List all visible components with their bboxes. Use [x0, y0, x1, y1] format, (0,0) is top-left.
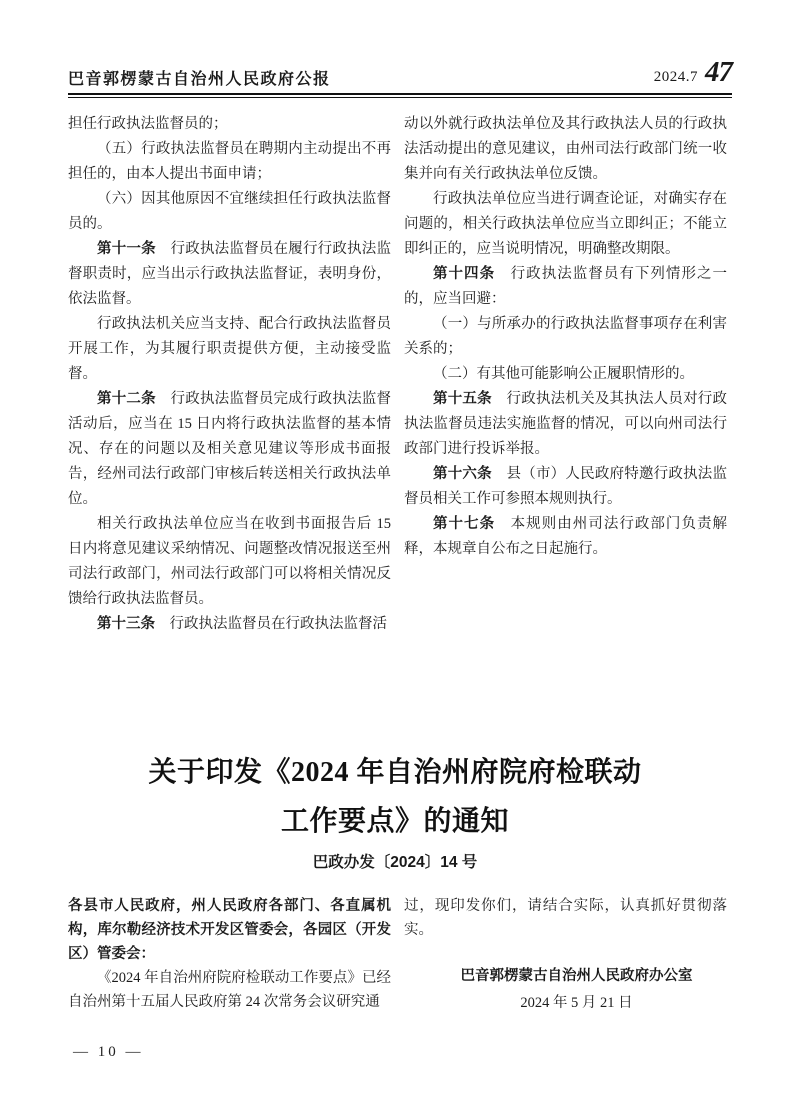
paragraph: （六）因其他原因不宜继续担任行政执法监督员的。	[68, 187, 391, 237]
page-header: 巴音郭楞蒙古自治州人民政府公报 2024.7 47	[68, 56, 732, 89]
regulation-section: 担任行政执法监督员的；（五）行政执法监督员在聘期内主动提出不再担任的，由本人提出…	[68, 112, 727, 637]
paragraph: 行政执法机关应当支持、配合行政执法监督员开展工作，为其履行职责提供方便，主动接受…	[68, 312, 391, 387]
paragraph: 第十三条 行政执法监督员在行政执法监督活	[68, 612, 391, 637]
article-number: 第十二条	[97, 391, 156, 407]
gazette-page: 巴音郭楞蒙古自治州人民政府公报 2024.7 47 担任行政执法监督员的；（五）…	[0, 0, 790, 1118]
paragraph: 《2024 年自治州府院府检联动工作要点》已经自治州第十五届人民政府第 24 次…	[68, 966, 391, 1014]
signature-date: 2024 年 5 月 21 日	[426, 989, 727, 1017]
issue-date: 2024.7	[654, 69, 698, 86]
paragraph: （一）与所承办的行政执法监督事项存在利害关系的；	[404, 312, 727, 362]
paragraph: 第十四条 行政执法监督员有下列情形之一的，应当回避：	[404, 262, 727, 312]
divider-thick-line	[68, 93, 732, 95]
notice-left-column: 各县市人民政府，州人民政府各部门、各直属机构，库尔勒经济技术开发区管委会，各园区…	[68, 894, 391, 1017]
signature-block: 巴音郭楞蒙古自治州人民政府办公室 2024 年 5 月 21 日	[404, 963, 727, 1017]
paragraph: 第十一条 行政执法监督员在履行行政执法监督职责时，应当出示行政执法监督证，表明身…	[68, 237, 391, 312]
notice-right-column: 过，现印发你们，请结合实际，认真抓好贯彻落实。 巴音郭楞蒙古自治州人民政府办公室…	[404, 894, 727, 1017]
issue-number: 47	[705, 56, 732, 89]
paragraph: 各县市人民政府，州人民政府各部门、各直属机构，库尔勒经济技术开发区管委会，各园区…	[68, 894, 391, 966]
publication-title: 巴音郭楞蒙古自治州人民政府公报	[68, 66, 331, 89]
signature-office: 巴音郭楞蒙古自治州人民政府办公室	[426, 963, 727, 989]
notice-title: 关于印发《2024 年自治州府院府检联动 工作要点》的通知	[0, 748, 790, 846]
article-number: 第十五条	[433, 391, 492, 407]
paragraph: （五）行政执法监督员在聘期内主动提出不再担任的，由本人提出书面申请；	[68, 137, 391, 187]
notice-right-paragraphs: 过，现印发你们，请结合实际，认真抓好贯彻落实。	[404, 894, 727, 942]
document-number: 巴政办发〔2024〕14 号	[0, 850, 790, 872]
divider-thin-line	[68, 97, 732, 98]
paragraph: 担任行政执法监督员的；	[68, 112, 391, 137]
notice-body-section: 各县市人民政府，州人民政府各部门、各直属机构，库尔勒经济技术开发区管委会，各园区…	[68, 894, 727, 1017]
paragraph: 过，现印发你们，请结合实际，认真抓好贯彻落实。	[404, 894, 727, 942]
paragraph: 相关行政执法单位应当在收到书面报告后 15 日内将意见建议采纳情况、问题整改情况…	[68, 512, 391, 612]
article-number: 第十六条	[433, 466, 492, 482]
paragraph: （二）有其他可能影响公正履职情形的。	[404, 362, 727, 387]
notice-title-line2: 工作要点》的通知	[0, 797, 790, 846]
page-number: — 10 —	[73, 1044, 144, 1061]
regulation-right-column: 动以外就行政执法单位及其行政执法人员的行政执法活动提出的意见建议，由州司法行政部…	[404, 112, 727, 637]
article-number: 第十三条	[97, 616, 155, 632]
issue-info: 2024.7 47	[654, 56, 732, 89]
paragraph: 第十五条 行政执法机关及其执法人员对行政执法监督员违法实施监督的情况，可以向州司…	[404, 387, 727, 462]
notice-title-line1: 关于印发《2024 年自治州府院府检联动	[0, 748, 790, 797]
article-number: 第十四条	[433, 266, 495, 282]
paragraph: 第十六条 县（市）人民政府特邀行政执法监督员相关工作可参照本规则执行。	[404, 462, 727, 512]
article-number: 第十七条	[433, 516, 495, 532]
paragraph: 行政执法单位应当进行调查论证，对确实存在问题的，相关行政执法单位应当立即纠正；不…	[404, 187, 727, 262]
paragraph: 第十七条 本规则由州司法行政部门负责解释，本规章自公布之日起施行。	[404, 512, 727, 562]
header-divider	[68, 93, 732, 98]
regulation-left-column: 担任行政执法监督员的；（五）行政执法监督员在聘期内主动提出不再担任的，由本人提出…	[68, 112, 391, 637]
paragraph: 动以外就行政执法单位及其行政执法人员的行政执法活动提出的意见建议，由州司法行政部…	[404, 112, 727, 187]
paragraph: 第十二条 行政执法监督员完成行政执法监督活动后，应当在 15 日内将行政执法监督…	[68, 387, 391, 512]
article-number: 第十一条	[97, 241, 156, 257]
